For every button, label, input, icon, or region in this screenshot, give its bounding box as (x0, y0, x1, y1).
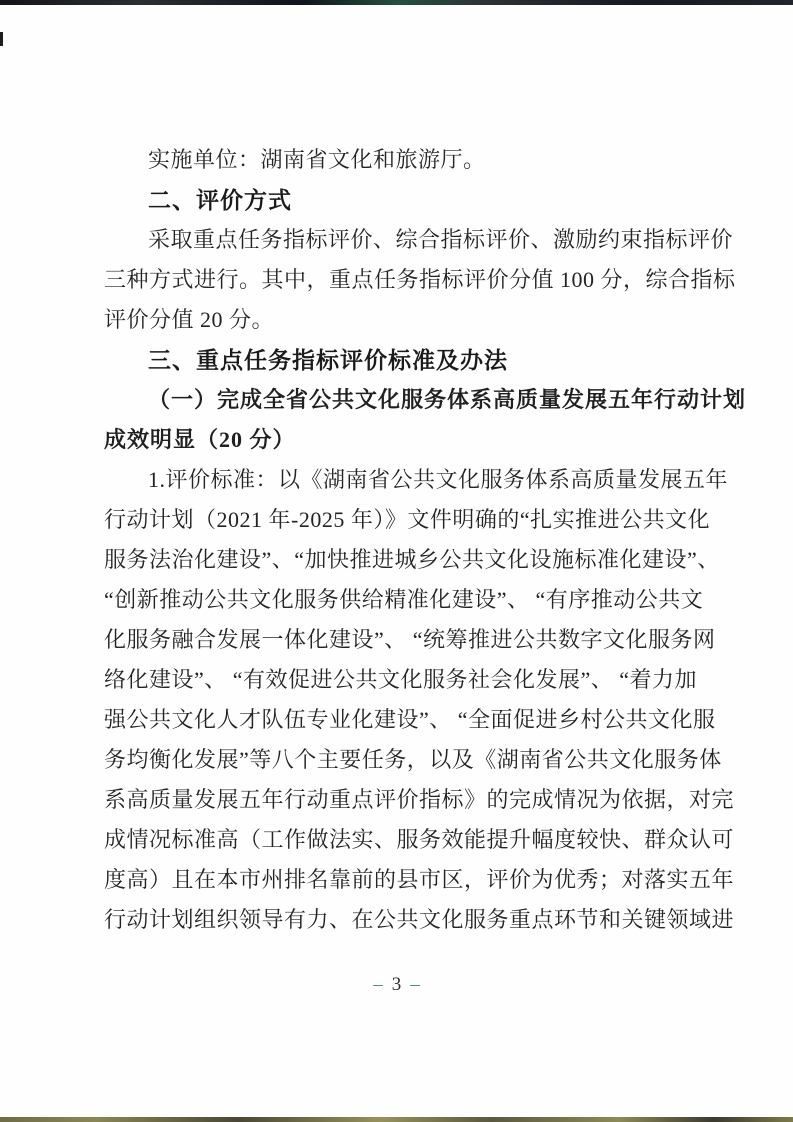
text-line: 评价分值 20 分。 (104, 300, 710, 340)
scan-speck (0, 32, 3, 46)
scan-edge-bottom (0, 1117, 793, 1122)
document-page: 实施单位：湖南省文化和旅游厅。 二、评价方式 采取重点任务指标评价、综合指标评价… (0, 0, 793, 1122)
text-line: 成情况标准高（工作做法实、服务效能提升幅度较快、群众认可 (104, 820, 710, 860)
scan-edge-top (0, 0, 793, 5)
text-line: 1.评价标准：以《湖南省公共文化服务体系高质量发展五年 (104, 460, 710, 500)
text-line: 行动计划（2021 年-2025 年）》文件明确的“扎实推进公共文化 (104, 500, 710, 540)
page-number-value: 3 (392, 974, 402, 995)
document-body: 实施单位：湖南省文化和旅游厅。 二、评价方式 采取重点任务指标评价、综合指标评价… (104, 140, 710, 940)
text-line: 行动计划组织领导有力、在公共文化服务重点环节和关键领域进 (104, 900, 710, 940)
section-heading-2: 二、评价方式 (104, 180, 710, 220)
text-line: 服务法治化建设”、“加快推进城乡公共文化设施标准化建设”、 (104, 540, 710, 580)
text-line: 三种方式进行。其中，重点任务指标评价分值 100 分，综合指标 (104, 260, 710, 300)
page-number-dash-right: – (401, 974, 429, 995)
text-line-implementing-unit: 实施单位：湖南省文化和旅游厅。 (104, 140, 710, 180)
page-number-dash-left: – (364, 974, 392, 995)
text-line: 络化建设”、 “有效促进公共文化服务社会化发展”、 “着力加 (104, 660, 710, 700)
page-number: –3– (0, 974, 793, 996)
subsection-heading-cont: 成效明显（20 分） (104, 420, 710, 460)
text-line: “创新推动公共文化服务供给精准化建设”、 “有序推动公共文 (104, 580, 710, 620)
subsection-heading: （一）完成全省公共文化服务体系高质量发展五年行动计划 (104, 380, 710, 420)
section-heading-3: 三、重点任务指标评价标准及办法 (104, 340, 710, 380)
text-line: 化服务融合发展一体化建设”、 “统筹推进公共数字文化服务网 (104, 620, 710, 660)
text-line: 度高）且在本市州排名靠前的县市区，评价为优秀；对落实五年 (104, 860, 710, 900)
text-line: 务均衡化发展”等八个主要任务，以及《湖南省公共文化服务体 (104, 740, 710, 780)
text-line: 系高质量发展五年行动重点评价指标》的完成情况为依据，对完 (104, 780, 710, 820)
text-line: 采取重点任务指标评价、综合指标评价、激励约束指标评价 (104, 220, 710, 260)
text-line: 强公共文化人才队伍专业化建设”、 “全面促进乡村公共文化服 (104, 700, 710, 740)
